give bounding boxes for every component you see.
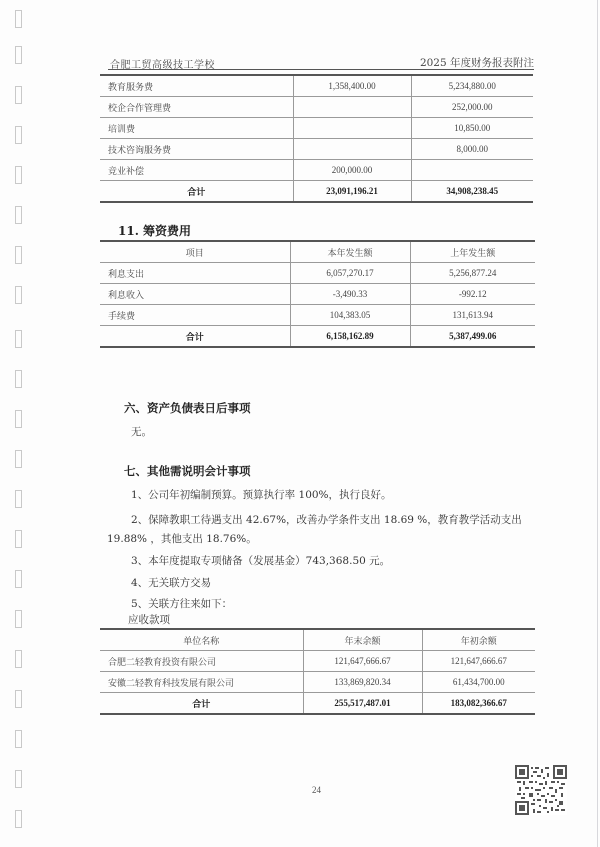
table-row: 培训费 10,850.00	[100, 118, 533, 139]
header-current-year: 本年发生额	[290, 241, 410, 263]
table-total-row: 合计 23,091,196.21 34,908,238.45	[100, 181, 533, 203]
table-row: 手续费 104,383.05 131,613.94	[100, 305, 535, 326]
row-label: 利息收入	[100, 284, 290, 305]
binding-hole-icon	[15, 46, 22, 64]
header-year-end-balance: 年末余额	[303, 629, 422, 651]
row-label: 利息支出	[100, 263, 290, 284]
header-prior-year: 上年发生额	[410, 241, 535, 263]
section-six-body: 无。	[131, 424, 152, 439]
current-year-amount	[293, 97, 411, 118]
section-seven-title: 七、其他需说明会计事项	[124, 463, 251, 479]
row-label: 培训费	[100, 118, 293, 139]
current-year-amount: 1,358,400.00	[293, 75, 411, 97]
binding-hole-icon	[15, 490, 22, 508]
year-end-balance: 133,869,820.34	[303, 672, 422, 693]
binding-hole-icon	[15, 370, 22, 388]
binding-hole-icon	[15, 770, 22, 788]
page-number: 24	[312, 785, 321, 795]
binding-hole-icon	[15, 570, 22, 588]
table-row: 安徽二轻教育科技发展有限公司 133,869,820.34 61,434,700…	[100, 672, 535, 693]
binding-hole-icon	[15, 690, 22, 708]
header-item: 项目	[100, 241, 290, 263]
financing-cost-table: 项目 本年发生额 上年发生额 利息支出 6,057,270.17 5,256,8…	[100, 240, 535, 348]
document-page: 合肥工贸高级技工学校 2025 年度财务报表附注 教育服务费 1,358,400…	[0, 0, 600, 847]
total-year-begin: 183,082,366.67	[422, 693, 535, 715]
section-six-title: 六、资产负债表日后事项	[124, 400, 251, 416]
row-label: 教育服务费	[100, 75, 293, 97]
prior-year-amount: 8,000.00	[411, 139, 533, 160]
total-year-end: 255,517,487.01	[303, 693, 422, 715]
table-row: 利息收入 -3,490.33 -992.12	[100, 284, 535, 305]
note-item-5: 5、关联方往来如下：	[131, 596, 232, 611]
header-entity-name: 单位名称	[100, 629, 303, 651]
total-label: 合计	[100, 326, 290, 348]
header-year-begin-balance: 年初余额	[422, 629, 535, 651]
binding-hole-icon	[15, 810, 22, 828]
binding-hole-icon	[15, 610, 22, 628]
binding-hole-icon	[15, 650, 22, 668]
year-begin-balance: 61,434,700.00	[422, 672, 535, 693]
year-begin-balance: 121,647,666.67	[422, 651, 535, 672]
entity-name: 合肥二轻教育投资有限公司	[100, 651, 303, 672]
row-label: 技术咨询服务费	[100, 139, 293, 160]
table-total-row: 合计 255,517,487.01 183,082,366.67	[100, 693, 535, 715]
row-label: 校企合作管理费	[100, 97, 293, 118]
prior-year-amount: 252,000.00	[411, 97, 533, 118]
current-year-amount: -3,490.33	[290, 284, 410, 305]
total-label: 合计	[100, 181, 293, 203]
note-item-4: 4、无关联方交易	[131, 575, 211, 590]
binding-hole-icon	[15, 86, 22, 104]
row-label: 竞业补偿	[100, 160, 293, 181]
prior-year-amount: 5,234,880.00	[411, 75, 533, 97]
note-item-2: 2、保障教职工待遇支出 42.67%，改善办学条件支出 18.69 %，教育教学…	[131, 512, 522, 527]
current-year-amount: 6,057,270.17	[290, 263, 410, 284]
current-year-amount: 104,383.05	[290, 305, 410, 326]
binding-hole-icon	[15, 730, 22, 748]
binding-hole-icon	[15, 166, 22, 184]
total-prior: 5,387,499.06	[410, 326, 535, 348]
row-label: 手续费	[100, 305, 290, 326]
table-row: 竞业补偿 200,000.00	[100, 160, 533, 181]
qr-code-icon	[515, 765, 567, 815]
note-item-3: 3、本年度提取专项储备（发展基金）743,368.50 元。	[131, 553, 390, 568]
header-rule	[108, 69, 534, 70]
table-row: 利息支出 6,057,270.17 5,256,877.24	[100, 263, 535, 284]
binding-hole-icon	[15, 246, 22, 264]
table-row: 教育服务费 1,358,400.00 5,234,880.00	[100, 75, 533, 97]
prior-year-amount: 5,256,877.24	[410, 263, 535, 284]
table-header-row: 单位名称 年末余额 年初余额	[100, 629, 535, 651]
financing-section-title: 11. 筹资费用	[118, 222, 191, 239]
total-current: 23,091,196.21	[293, 181, 411, 203]
entity-name: 安徽二轻教育科技发展有限公司	[100, 672, 303, 693]
binding-hole-icon	[15, 126, 22, 144]
binding-hole-icon	[15, 206, 22, 224]
note-item-1: 1、公司年初编制预算。预算执行率 100%，执行良好。	[131, 487, 392, 502]
prior-year-amount: 10,850.00	[411, 118, 533, 139]
current-year-amount: 200,000.00	[293, 160, 411, 181]
current-year-amount	[293, 139, 411, 160]
table-row: 合肥二轻教育投资有限公司 121,647,666.67 121,647,666.…	[100, 651, 535, 672]
receivables-label: 应收款项	[128, 612, 170, 627]
year-end-balance: 121,647,666.67	[303, 651, 422, 672]
binding-hole-icon	[15, 450, 22, 468]
prior-year-amount: 131,613.94	[410, 305, 535, 326]
header-report-title: 2025 年度财务报表附注	[420, 55, 534, 70]
total-label: 合计	[100, 693, 303, 715]
binding-hole-icon	[15, 286, 22, 304]
table-header-row: 项目 本年发生额 上年发生额	[100, 241, 535, 263]
table-row: 校企合作管理费 252,000.00	[100, 97, 533, 118]
binding-hole-icon	[15, 530, 22, 548]
total-current: 6,158,162.89	[290, 326, 410, 348]
binding-hole-icon	[15, 10, 22, 28]
binding-hole-icon	[15, 410, 22, 428]
table-total-row: 合计 6,158,162.89 5,387,499.06	[100, 326, 535, 348]
note-item-2-continued: 19.88% ，其他支出 18.76%。	[107, 531, 257, 546]
prior-year-amount	[411, 160, 533, 181]
service-fee-table: 教育服务费 1,358,400.00 5,234,880.00 校企合作管理费 …	[100, 74, 533, 203]
page-edge-line	[597, 0, 598, 847]
prior-year-amount: -992.12	[410, 284, 535, 305]
total-prior: 34,908,238.45	[411, 181, 533, 203]
table-row: 技术咨询服务费 8,000.00	[100, 139, 533, 160]
receivables-table: 单位名称 年末余额 年初余额 合肥二轻教育投资有限公司 121,647,666.…	[100, 628, 535, 715]
binding-hole-icon	[15, 330, 22, 348]
current-year-amount	[293, 118, 411, 139]
